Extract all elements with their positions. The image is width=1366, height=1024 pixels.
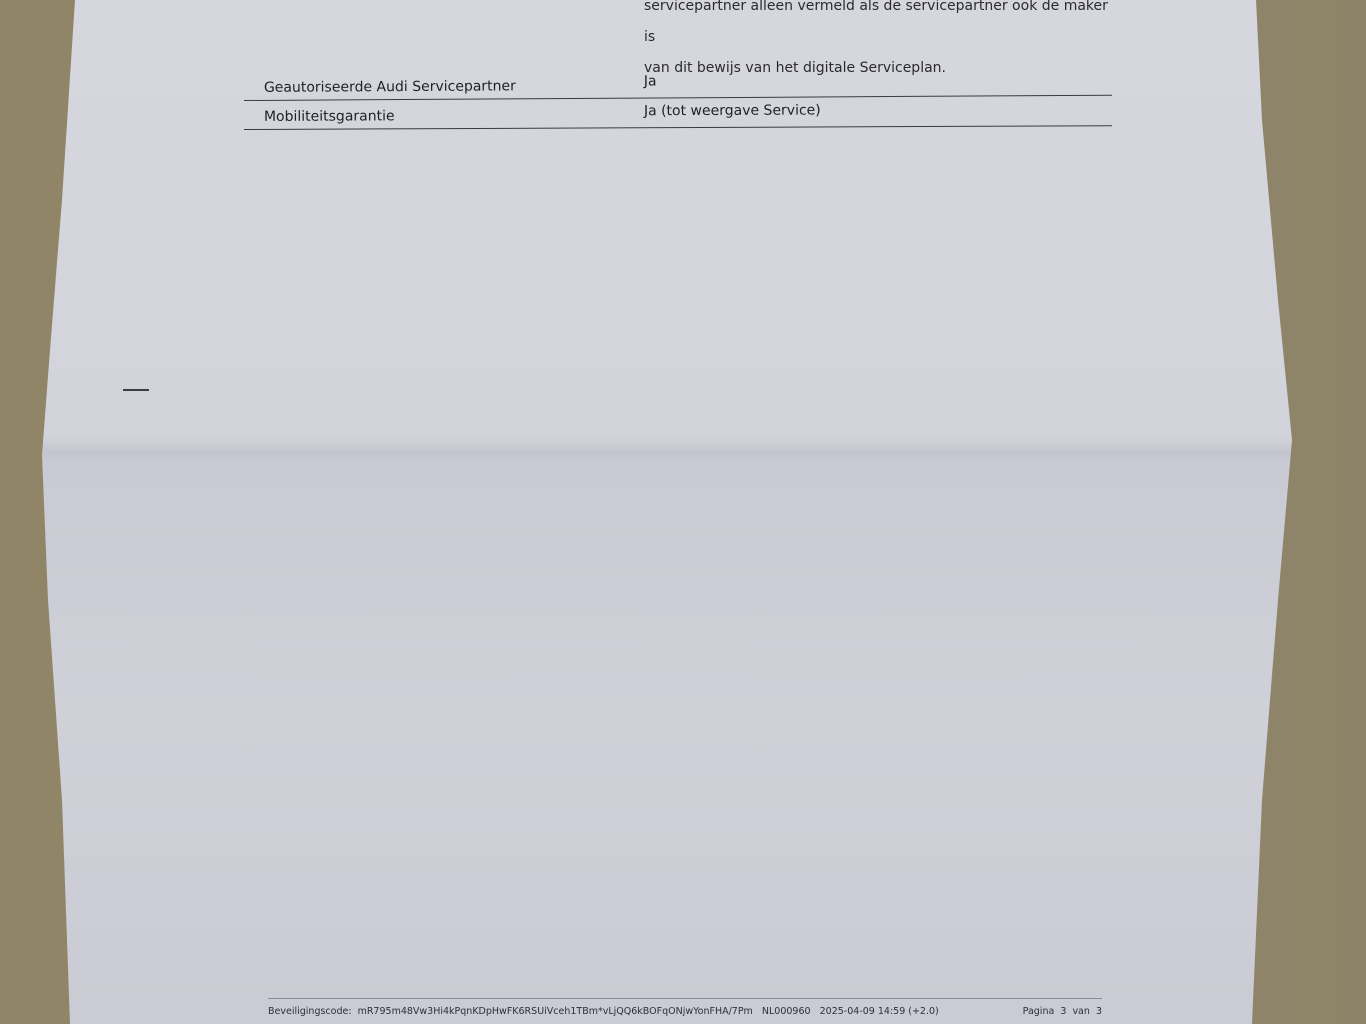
row-value: Ja (tot weergave Service) <box>644 102 821 119</box>
fold-mark <box>123 389 149 391</box>
dealer-code: NL000960 <box>762 1006 811 1017</box>
intro-line: servicepartner alleen vermeld als de ser… <box>644 0 1114 53</box>
row-label: Geautoriseerde Audi Servicepartner <box>264 78 516 96</box>
page-footer: Beveiligingscode: mR795m48Vw3Hi4kPqnKDpH… <box>268 998 1102 1004</box>
row-label: Mobiliteitsgarantie <box>264 108 395 125</box>
service-info-table: Geautoriseerde Audi Servicepartner Ja Mo… <box>244 72 1112 130</box>
row-value: Ja <box>644 73 657 89</box>
table-row: Geautoriseerde Audi Servicepartner Ja <box>244 67 1112 101</box>
timestamp: 2025-04-09 14:59 (+2.0) <box>820 1006 939 1017</box>
document-page: servicepartner alleen vermeld als de ser… <box>0 0 1366 1024</box>
page-number: Pagina 3 van 3 <box>1023 1006 1102 1017</box>
security-code: Beveiligingscode: mR795m48Vw3Hi4kPqnKDpH… <box>268 1006 939 1017</box>
paper-fold <box>0 440 1366 464</box>
table-row: Mobiliteitsgarantie Ja (tot weergave Ser… <box>244 97 1112 130</box>
